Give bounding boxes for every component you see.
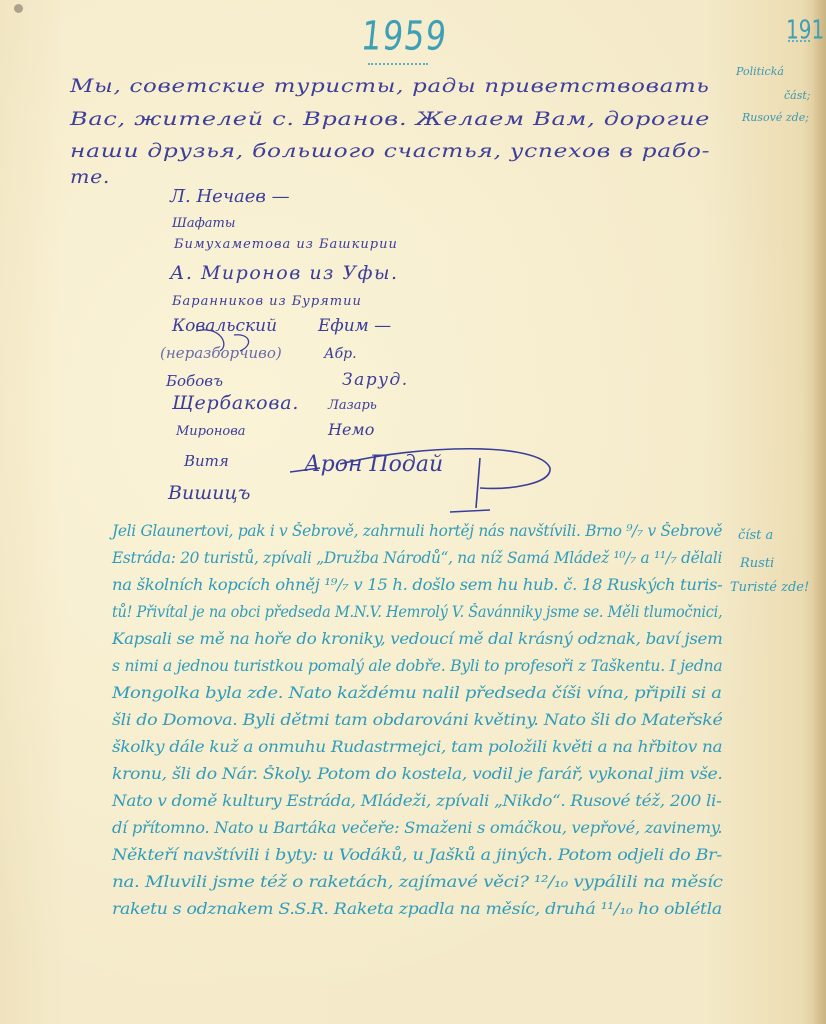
margin-note-part: část; [784,90,811,102]
signature: Немо [328,420,374,439]
notebook-page: 1959 191 Politická část; Rusové zde; Мы,… [0,0,826,1024]
czech-entry-line: na školních kopcích ohněj ¹⁹/₇ v 15 h. d… [112,576,722,594]
margin-note-russian: Rusti [740,556,774,571]
czech-entry-line: tů! Přivítal je na obci předseda M.N.V. … [112,603,722,621]
signature: Вишицъ [168,482,250,504]
czech-entry-line: Kapsali se mě na hoře do kroniky, vedouc… [112,630,723,648]
page-number-underline [788,40,810,42]
margin-note-political: Politická [736,66,784,78]
signature: Щербакова. [172,392,299,414]
margin-note-russians: Rusové zde; [742,112,809,124]
czech-entry-line: raketu s odznakem S.S.R. Raketa zpadla n… [112,900,722,918]
czech-entry-line: šli do Domova. Byli dětmi tam obdarováni… [112,711,722,729]
czech-entry-line: na. Mluvili jsme též o raketách, zajímav… [112,873,723,891]
russian-greeting-line: Вас, жителей с. Вранов. Желаем Вам, доро… [70,108,710,130]
margin-note-read: číst a [738,528,773,543]
czech-entry-line: Jeli Glaunertovi, pak i v Šebrově, zahrn… [112,522,722,540]
signature-flourish [280,438,560,528]
signature: Витя [184,452,229,470]
russian-greeting-line: наши друзья, большого счастья, успехов в… [70,140,710,162]
signature: А. Миронов из Уфы. [170,262,399,284]
signature-flourish [190,325,260,355]
signature: Миронова [176,424,246,439]
russian-greeting-line: те. [70,166,110,188]
signature: Л. Нечаев — [170,186,290,207]
signature: Абр. [324,346,357,362]
czech-entry-line: Estráda: 20 turistů, zpívali „Družba Nár… [112,549,722,567]
czech-entry-line: kronu, šli do Nár. Školy. Potom do koste… [112,765,723,783]
czech-entry-line: Nato v domě kultury Estráda, Mládeži, zp… [112,792,721,810]
year-heading: 1959 [359,12,449,60]
russian-greeting-line: Мы, советские туристы, рады приветствова… [70,75,710,97]
czech-entry-line: školky dále kuž a onmuhu Rudastrmejci, t… [112,738,722,756]
signature: Лазарь [328,398,377,413]
signature: Баранников из Бурятии [172,294,362,309]
signature: Заруд. [342,370,409,390]
signature: Бобовъ [166,372,223,390]
year-underline [368,60,428,65]
czech-entry-line: Mongolka byla zde. Nato každému nalil př… [112,684,722,702]
signature: Шафаты [172,216,235,231]
margin-note-tourists: Turisté zde! [730,580,809,595]
czech-entry-line: dí přítomno. Nato u Bartáka večeře: Smaž… [112,819,722,837]
czech-entry-line: s nimi a jednou turistkou pomalý ale dob… [112,657,722,675]
signature: Ефим — [318,316,391,336]
page-edge-shadow [812,0,826,1024]
czech-entry-line: Někteří navštívili i byty: u Vodáků, u J… [112,846,722,864]
signature: Бимухаметова из Башкирии [174,237,398,252]
ink-speck [14,4,23,13]
